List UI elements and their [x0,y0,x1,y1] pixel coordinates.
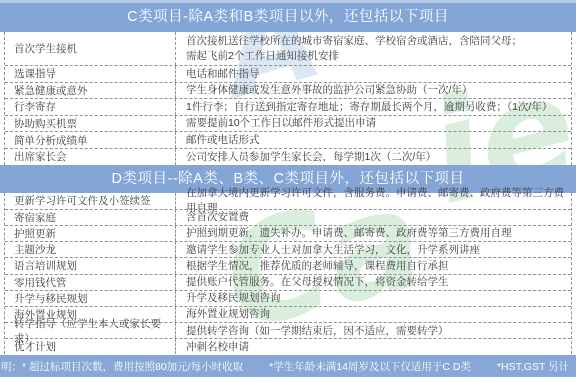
row-description: 根据学生情况，推荐优质的老师辅导，课程费用自行承担 [176,259,571,273]
row-description: 提供账户代管服务。在父母授权情况下，将资金转给学生 [176,275,571,289]
table-row: 转学指导（应学生本人或家长要求） 提供转学咨询（如一学期结束后，因不适应，需要转… [5,322,571,338]
row-description: 护照到期更新，遗失补办。申请费、邮寄费、政府费等第三方费用自理 [176,226,571,240]
footer-note-bar: 明： * 超过标项目次数，费用按照80加元/每小时收取 *学生年龄未满14周岁及… [0,355,576,377]
row-item-label: 转学指导（应学生本人或家长要求） [5,323,176,338]
table-row: 首次学生接机 首次接机送往学校所在的城市寄宿家庭、学校宿舍或酒店，含陪同父母； … [5,32,571,65]
row-description: 邀请学生参加专业人士对加拿大生活学习，文化，升学系列讲座 [176,243,571,257]
row-description: 含首次安置费 [176,210,571,224]
c-section-table: 首次学生接机 首次接机送往学校所在的城市寄宿家庭、学校宿舍或酒店，含陪同父母； … [4,32,572,165]
row-item-label: 更新学习许可文件及小签续签 [5,193,176,209]
row-description: 升学及移民规划咨询 [176,291,571,305]
table-row: 寄宿家庭 含首次安置费 [5,209,571,225]
row-description: 首次接机送往学校所在的城市寄宿家庭、学校宿舍或酒店，含陪同父母； 需起飞前2个工… [176,34,571,62]
table-row: 简单分析成绩单 邮件或电话形式 [5,131,571,148]
table-row: 出席家长会 公司安排人员参加学生家长会，每学期1次（二次/年） [5,148,571,165]
row-item-label: 零用钱代管 [5,275,176,290]
row-description: 冲刺名校申请 [176,340,571,354]
row-description: 邮件或电话形式 [176,133,571,147]
row-description: 公司安排人员参加学生家长会，每学期1次（二次/年） [176,150,571,164]
footer-prefix: 明： [1,359,22,374]
table-row: 语言培训规划 根据学生情况，推荐优质的老师辅导，课程费用自行承担 [5,257,571,273]
row-item-label: 出席家长会 [5,149,176,165]
footer-note: *HST,GST 另计 [497,359,569,374]
row-item-label: 优才计划 [5,339,176,354]
row-description: 学生身体健康或发生意外事故的监护公司紧急协助（一次/年） [176,83,571,97]
table-row: 协助购买机票 需要提前10个工作日以邮件形式提出申请 [5,115,571,132]
row-description: 提供转学咨询（如一学期结束后，因不适应，需要转学） [176,324,571,338]
table-row: 选课指导 电话和邮件指导 [5,65,571,82]
footer-note: *学生年龄未满14周岁及以下仅适用于C D类 [269,359,471,374]
row-description: 1件行李；自行送到指定寄存地址；寄存期最长两个月，逾期另收费；（1次/年） [176,100,571,114]
table-row: 紧急健康或意外 学生身体健康或发生意外事故的监护公司紧急协助（一次/年） [5,82,571,99]
row-item-label: 首次学生接机 [5,32,176,65]
table-row: 护照更新 护照到期更新，遗失补办。申请费、邮寄费、政府费等第三方费用自理 [5,225,571,241]
table-row: 零用钱代管 提供账户代管服务。在父母授权情况下，将资金转给学生 [5,274,571,290]
row-item-label: 紧急健康或意外 [5,83,176,99]
document-page: A Ca iev C类项目-除A类和B类项目以外，还包括以下项目 首次学生接机 … [0,0,576,382]
row-item-label: 语言培训规划 [5,258,176,273]
c-section-header: C类项目-除A类和B类项目以外，还包括以下项目 [0,3,576,32]
row-item-label: 选课指导 [5,66,176,82]
table-row: 升学与移民规划 升学及移民规划咨询 [5,290,571,306]
footer-note: * 超过标项目次数，费用按照80加元/每小时收取 [22,359,243,374]
row-item-label: 主题沙龙 [5,242,176,257]
d-section-table: 更新学习许可文件及小签续签 在加拿大境内更新学习许可文件，含服务费。申请费、邮寄… [4,193,572,355]
row-item-label: 升学与移民规划 [5,291,176,306]
table-row: 主题沙龙 邀请学生参加专业人士对加拿大生活学习，文化，升学系列讲座 [5,241,571,257]
table-row: 行李寄存 1件行李；自行送到指定寄存地址；寄存期最长两个月，逾期另收费；（1次/… [5,98,571,115]
row-item-label: 简单分析成绩单 [5,132,176,148]
row-item-label: 寄宿家庭 [5,210,176,225]
table-row: 优才计划 冲刺名校申请 [5,338,571,354]
row-description: 海外置业规划咨询 [176,307,571,321]
row-item-label: 行李寄存 [5,99,176,115]
row-description: 电话和邮件指导 [176,67,571,81]
row-item-label: 协助购买机票 [5,116,176,132]
row-item-label: 护照更新 [5,226,176,241]
table-row: 更新学习许可文件及小签续签 在加拿大境内更新学习许可文件，含服务费。申请费、邮寄… [5,193,571,209]
row-description: 需要提前10个工作日以邮件形式提出申请 [176,116,571,130]
